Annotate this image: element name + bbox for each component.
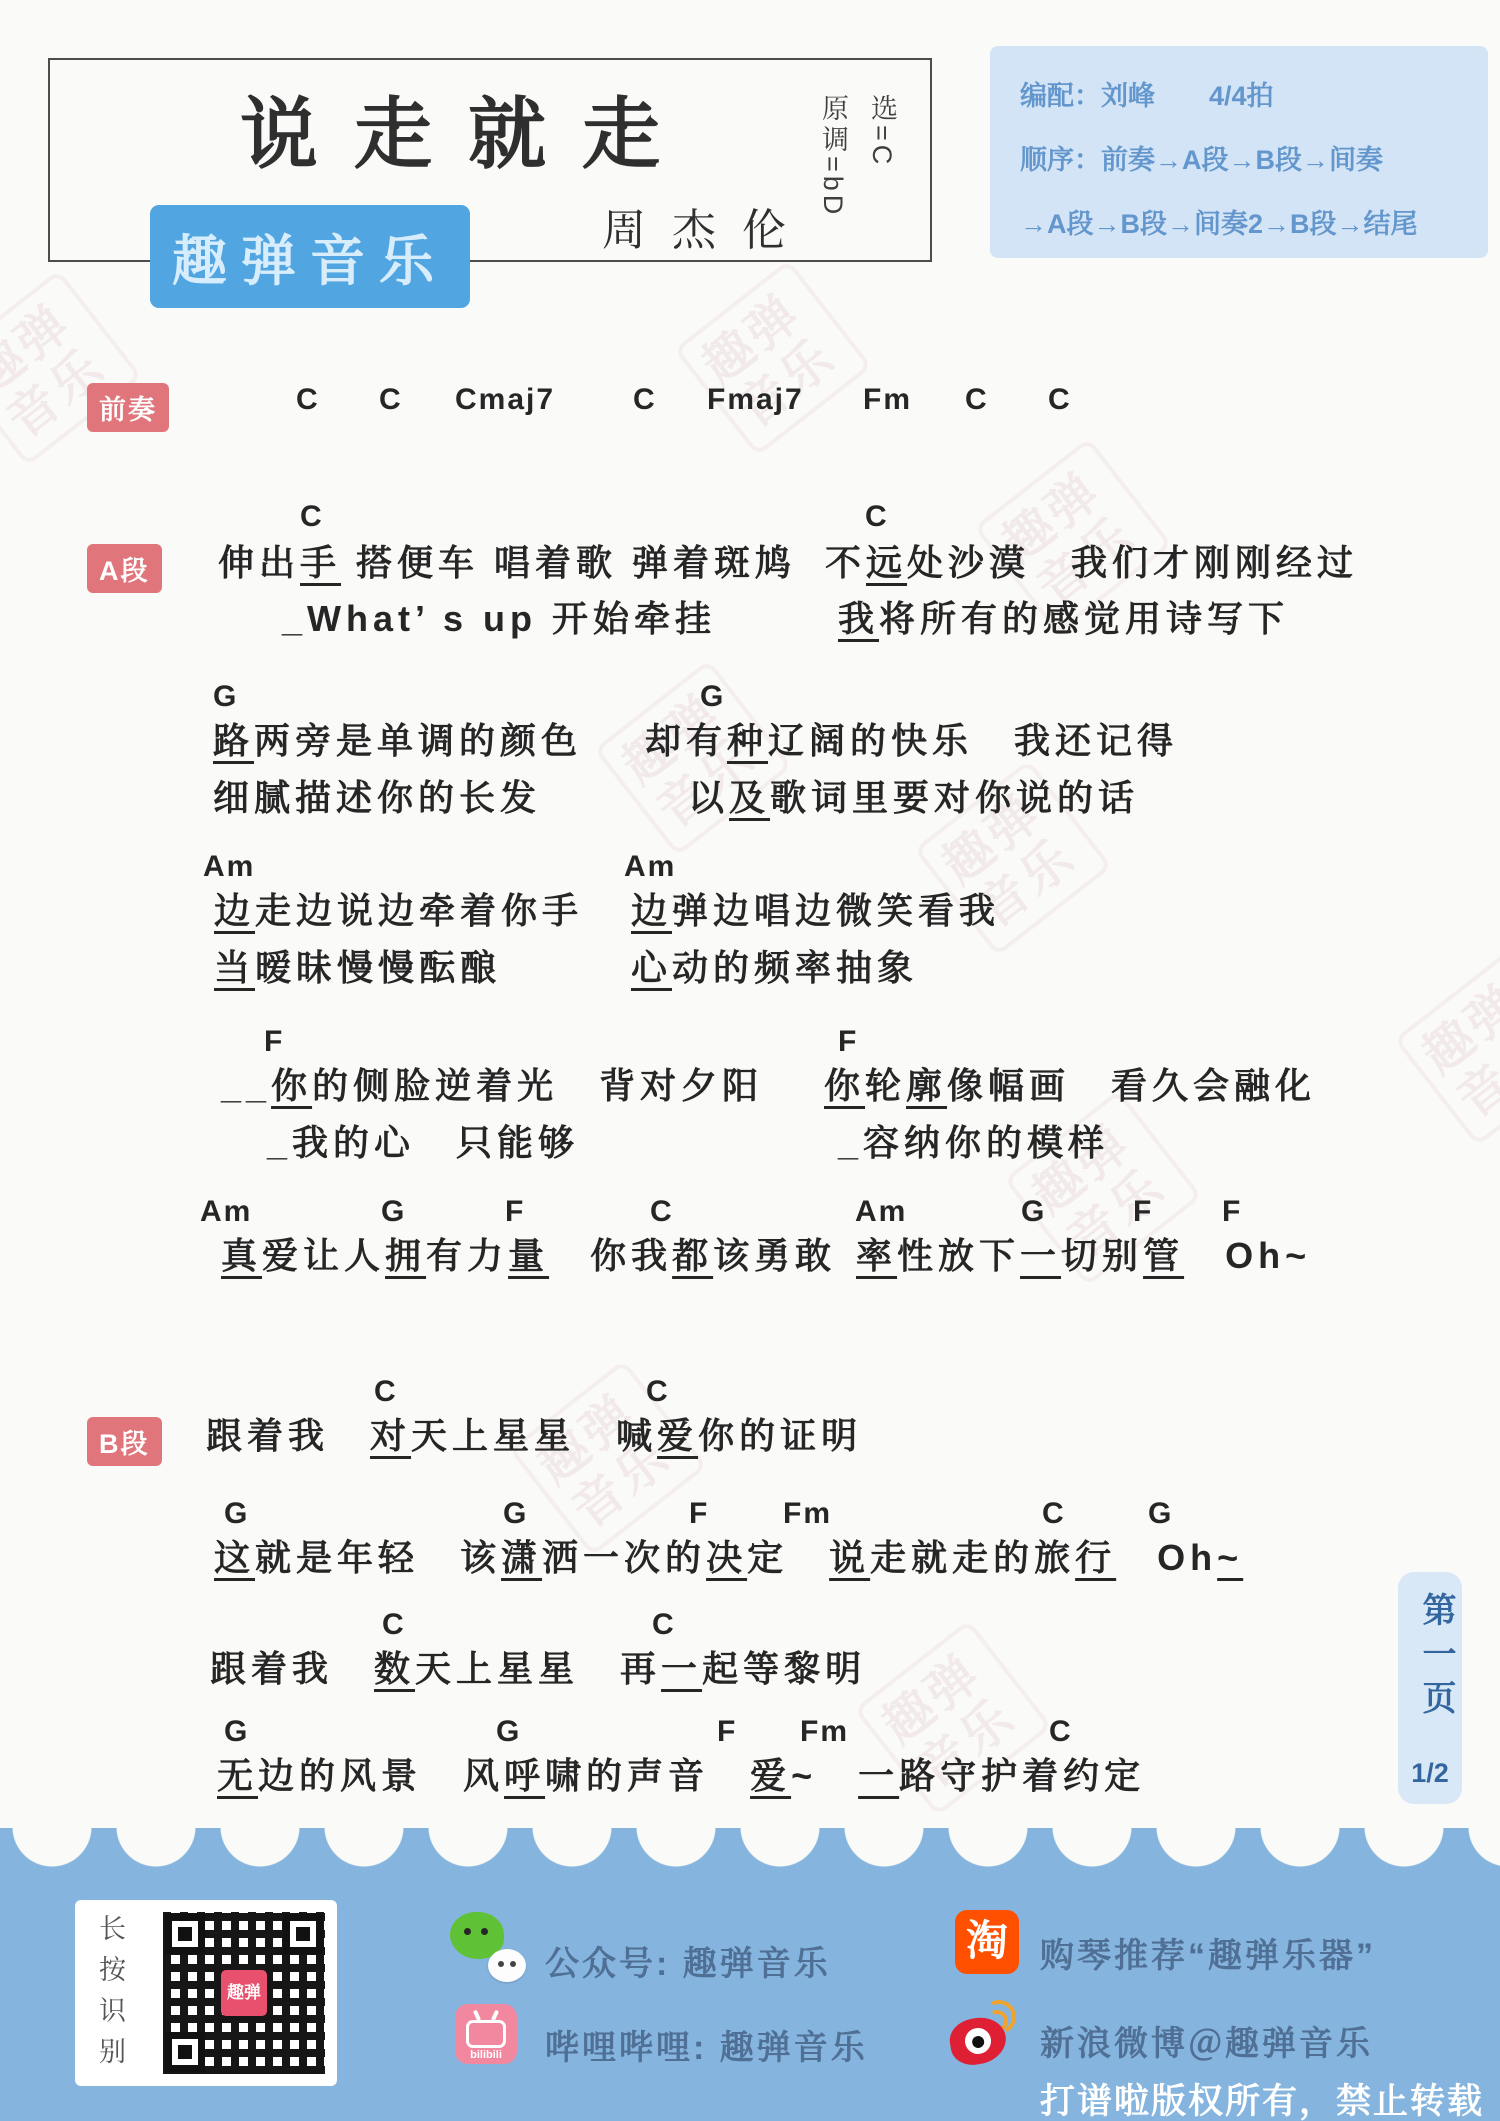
qr-finder-icon bbox=[165, 1914, 205, 1954]
lyric-line: 当暧昧慢慢酝酿 bbox=[214, 945, 501, 991]
score-area: 前奏CCCmaj7CFmaj7FmCCCCA段伸出手 搭便车 唱着歌 弹着斑鸠不… bbox=[0, 0, 1500, 1830]
lyric-line: 心动的频率抽象 bbox=[631, 945, 918, 991]
lyric-line: _我的心 只能够 bbox=[267, 1120, 579, 1166]
qr-instruction: 长按识别 bbox=[91, 1914, 130, 2078]
lyric-line: 伸出手 搭便车 唱着歌 弹着斑鸠 bbox=[218, 540, 796, 586]
lyric-line: 无边的风景 风呼啸的声音 爱~ 一路守护着约定 bbox=[217, 1753, 1145, 1799]
section-badge: 前奏 bbox=[87, 383, 169, 432]
taobao-icon: 淘 bbox=[955, 1910, 1019, 1974]
chord-label: C bbox=[1042, 1497, 1066, 1531]
chord-label: G bbox=[213, 680, 238, 714]
chord-label: C bbox=[379, 383, 403, 417]
lyric-line: 我将所有的感觉用诗写下 bbox=[838, 596, 1289, 642]
weibo-pupil bbox=[971, 2035, 985, 2049]
lyric-line: 这就是年轻 该潇洒一次的决定 说走就走的旅行 Oh~ bbox=[214, 1535, 1243, 1581]
chord-label: C bbox=[374, 1375, 398, 1409]
qr-finder-icon bbox=[283, 1914, 323, 1954]
chord-label: Am bbox=[200, 1195, 252, 1229]
taobao-shop-label: 购琴推荐“趣弹乐器” bbox=[1040, 1928, 1376, 1977]
weibo-icon bbox=[950, 1998, 1022, 2064]
chord-label: C bbox=[652, 1608, 676, 1642]
chord-label: C bbox=[296, 383, 320, 417]
lyric-line: 真爱让人拥有力量 你我都该勇敢 bbox=[221, 1233, 836, 1279]
lyric-line: 你轮廓像幅画 看久会融化 bbox=[824, 1063, 1316, 1109]
chord-label: G bbox=[224, 1497, 249, 1531]
chord-label: F bbox=[1222, 1195, 1242, 1229]
chord-label: C bbox=[633, 383, 657, 417]
lyric-line: 以及歌词里要对你说的话 bbox=[688, 775, 1139, 821]
chord-label: F bbox=[689, 1497, 709, 1531]
copyright-notice: 打谱啦版权所有，禁止转载 bbox=[1040, 2074, 1484, 2121]
chord-label: G bbox=[496, 1715, 521, 1749]
lyric-line: 率性放下一切别管 Oh~ bbox=[856, 1233, 1311, 1279]
lyric-line: _What’ s up 开始牵挂 bbox=[282, 596, 716, 642]
bilibili-wordmark: bilibili bbox=[455, 2049, 517, 2061]
chord-label: Fm bbox=[783, 1497, 832, 1531]
lyric-line: 细腻描述你的长发 bbox=[213, 775, 541, 821]
bilibili-tv-icon bbox=[466, 2020, 506, 2048]
chord-label: C bbox=[1049, 1715, 1073, 1749]
chord-label: F bbox=[838, 1025, 858, 1059]
lyric-line: 跟着我 对天上星星 喊爱你的证明 bbox=[206, 1413, 862, 1459]
chord-label: Fm bbox=[800, 1715, 849, 1749]
wechat-icon bbox=[450, 1912, 526, 1984]
weibo-account-label: 新浪微博＠趣弹音乐 bbox=[1040, 2016, 1373, 2065]
lyric-line: 边走边说边牵着你手 bbox=[214, 888, 583, 934]
wave-decoration bbox=[0, 1827, 1500, 1885]
chord-label: C bbox=[382, 1608, 406, 1642]
chord-label: Am bbox=[203, 850, 255, 884]
chord-label: F bbox=[264, 1025, 284, 1059]
chord-label: F bbox=[505, 1195, 525, 1229]
lyric-line: __你的侧脸逆着光 背对夕阳 bbox=[221, 1063, 763, 1109]
chord-label: F bbox=[717, 1715, 737, 1749]
chord-label: C bbox=[650, 1195, 674, 1229]
lyric-line: 路两旁是单调的颜色 bbox=[213, 718, 582, 764]
wechat-account-label: 公众号: 趣弹音乐 bbox=[545, 1936, 831, 1985]
wechat-bubble-front bbox=[488, 1949, 526, 1982]
chord-label: Am bbox=[624, 850, 676, 884]
chord-label: G bbox=[700, 680, 725, 714]
qr-code: 趣弹 bbox=[163, 1912, 325, 2074]
lyric-line: _容纳你的模样 bbox=[838, 1120, 1109, 1166]
qr-finder-icon bbox=[165, 2032, 205, 2072]
lyric-line: 不远处沙漠 我们才刚刚经过 bbox=[825, 540, 1358, 586]
chord-label: Cmaj7 bbox=[455, 383, 555, 417]
chord-label: C bbox=[865, 500, 889, 534]
bilibili-account-label: 哔哩哔哩: 趣弹音乐 bbox=[545, 2020, 868, 2069]
chord-label: C bbox=[646, 1375, 670, 1409]
weibo-eye bbox=[963, 2026, 993, 2056]
lyric-line: 跟着我 数天上星星 再一起等黎明 bbox=[210, 1646, 866, 1692]
chord-label: G bbox=[1148, 1497, 1173, 1531]
footer: 长按识别 趣弹 公众号: 趣弹音乐 bilibili 哔哩哔哩: 趣弹音乐 淘 … bbox=[0, 1828, 1500, 2121]
lyric-line: 却有种辽阔的快乐 我还记得 bbox=[645, 718, 1178, 764]
qr-card: 长按识别 趣弹 bbox=[75, 1900, 337, 2086]
chord-label: F bbox=[1133, 1195, 1153, 1229]
chord-label: G bbox=[503, 1497, 528, 1531]
section-badge: A段 bbox=[87, 544, 162, 593]
chord-sheet-page: 趣弹音乐 趣弹音乐 趣弹音乐 趣弹音乐 趣弹音乐 趣弹音乐 趣弹音乐 趣弹音乐 … bbox=[0, 0, 1500, 2121]
qr-center-logo: 趣弹 bbox=[221, 1970, 267, 2016]
chord-label: Am bbox=[855, 1195, 907, 1229]
chord-label: C bbox=[1048, 383, 1072, 417]
chord-label: C bbox=[965, 383, 989, 417]
bilibili-icon: bilibili bbox=[455, 2004, 517, 2064]
page-indicator-tab: 第一页 1/2 bbox=[1398, 1572, 1462, 1804]
section-badge: B段 bbox=[87, 1417, 162, 1466]
chord-label: G bbox=[1021, 1195, 1046, 1229]
chord-label: G bbox=[381, 1195, 406, 1229]
chord-label: Fmaj7 bbox=[707, 383, 804, 417]
chord-label: Fm bbox=[863, 383, 912, 417]
chord-label: C bbox=[300, 500, 324, 534]
lyric-line: 边弹边唱边微笑看我 bbox=[631, 888, 1000, 934]
chord-label: G bbox=[224, 1715, 249, 1749]
page-indicator-number: 1/2 bbox=[1398, 1758, 1462, 1789]
page-indicator-label: 第一页 bbox=[1412, 1592, 1461, 1724]
